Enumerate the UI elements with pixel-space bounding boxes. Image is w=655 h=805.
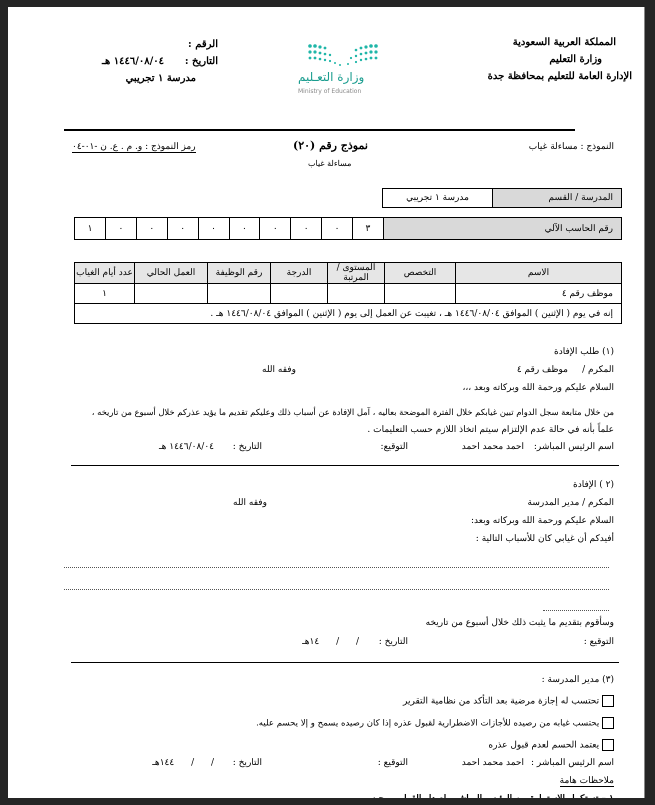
option-3-checkbox[interactable] xyxy=(602,739,614,751)
employee-name: موظف رقم ٤ xyxy=(456,284,622,304)
note-1: ١ – تستكمل الاستمارة من الرئيس المباشر و… xyxy=(371,794,614,798)
digit-cell: ١ xyxy=(75,218,106,240)
section2-greeting: السلام عليكم ورحمة الله وبركاته وبعد: xyxy=(471,516,614,526)
section2-title: (٢ ) الإفادة xyxy=(573,480,614,490)
digit-cell: ٠ xyxy=(229,218,260,240)
date-value: ١٤٤٦/٠٨/٠٤ هـ xyxy=(102,56,164,67)
section1-signature-label: التوقيع: xyxy=(381,442,408,452)
digit-cell: ٠ xyxy=(106,218,137,240)
ministry-label: وزارة التعليم xyxy=(549,54,602,65)
computer-number-table: رقم الحاسب الآلي ٣ ٠ ٠ ٠ ٠ ٠ ٠ ٠ ٠ ١ xyxy=(74,217,622,240)
section1-body2: علماً بأنه في حالة عدم الإلتزام سيتم اتخ… xyxy=(367,425,614,435)
section2-signature-label: التوقيع : xyxy=(584,637,614,647)
section1-date-value: ١٤٤٦/٠٨/٠٤ هـ xyxy=(159,442,214,452)
school-name: مدرسة ١ تجريبي xyxy=(126,73,196,84)
employee-current-work xyxy=(135,284,208,304)
section2-pledge: وسأقوم بتقديم ما يثبت ذلك خلال أسبوع من … xyxy=(426,618,614,628)
section3-title: (٣) مدير المدرسة : xyxy=(542,675,614,685)
section1-date-label: التاريخ : xyxy=(233,442,262,452)
reason-line-3[interactable] xyxy=(543,610,609,611)
digit-cell: ٠ xyxy=(291,218,322,240)
option-3-label: يعتمد الحسم لعدم قبول عذره xyxy=(488,741,599,751)
section1-manager-name: احمد محمد احمد xyxy=(462,442,524,452)
section3-manager-name: احمد محمد احمد xyxy=(462,758,524,768)
computer-number-label: رقم الحاسب الآلي xyxy=(383,218,621,240)
digit-cell: ٠ xyxy=(167,218,198,240)
header-level: المستوى / المرتبة xyxy=(328,263,385,284)
section1-to-label: المكرم / xyxy=(582,365,614,375)
header-job-number: رقم الوظيفة xyxy=(208,263,271,284)
option-3[interactable]: يعتمد الحسم لعدم قبول عذره xyxy=(488,739,614,751)
option-1-label: تحتسب له إجازة مرضية بعد التأكد من نظامي… xyxy=(403,697,599,707)
directorate-label: الإدارة العامة للتعليم بمحافظة جدة xyxy=(488,71,632,82)
section1-to-name: موظف رقم ٤ xyxy=(517,365,568,375)
section2-blessing: وفقه الله xyxy=(233,498,267,508)
section1-divider xyxy=(71,465,619,466)
option-2-label: يحتسب غيابه من رصيده للأجازات الاضطرارية… xyxy=(256,719,599,729)
ministry-logo: وزارة التعـليم Ministry of Education xyxy=(298,42,398,102)
school-table: المدرسة / القسم مدرسة ١ تجريبي xyxy=(382,188,622,208)
section3-signature-label: التوقيع : xyxy=(378,758,408,768)
section1-body1: من خلال متابعة سجل الدوام تبين غيابكم خل… xyxy=(92,407,614,417)
section2-date-label: التاريخ : xyxy=(379,637,408,647)
school-value: مدرسة ١ تجريبي xyxy=(383,189,493,208)
header-divider xyxy=(64,129,575,131)
form-subtitle: مساءلة غياب xyxy=(308,159,351,168)
header-absence-days: عدد أيام الغياب xyxy=(75,263,135,284)
notes-title: ملاحظات هامة xyxy=(560,776,614,787)
section2-to: المكرم / مدير المدرسة xyxy=(528,498,614,508)
digit-cell: ٠ xyxy=(322,218,353,240)
kingdom-label: المملكة العربية السعودية xyxy=(513,37,616,48)
absence-summary: إنه في يوم ( الإثنين ) الموافق ١٤٤٦/٠٨/٠… xyxy=(75,304,622,324)
number-label: الرقم : xyxy=(188,39,218,50)
employee-table: الاسم التخصص المستوى / المرتبة الدرجة رق… xyxy=(74,262,622,324)
form-label: النموذج : مساءلة غياب xyxy=(529,142,614,152)
reason-line-2[interactable] xyxy=(64,589,609,590)
reason-line-1[interactable] xyxy=(64,567,609,568)
school-label: المدرسة / القسم xyxy=(493,189,622,208)
employee-absence-days: ١ xyxy=(75,284,135,304)
document-page: المملكة العربية السعودية وزارة التعليم ا… xyxy=(8,7,645,798)
dots-logo-icon xyxy=(298,42,398,68)
form-code: رمز النموذج : و. م . ع. ن -٠١-٠٤ xyxy=(72,142,196,153)
section3-manager-label: اسم الرئيس المباشر : xyxy=(531,758,614,768)
logo-english-text: Ministry of Education xyxy=(298,88,361,95)
option-1-checkbox[interactable] xyxy=(602,695,614,707)
form-title: نموذج رقم (٢٠) xyxy=(293,139,368,152)
logo-arabic-text: وزارة التعـليم xyxy=(298,70,364,84)
employee-level xyxy=(328,284,385,304)
section3-date-value: / / ١٤٤هـ xyxy=(152,758,214,768)
section1-title: (١) طلب الإفادة xyxy=(554,347,614,357)
header-name: الاسم xyxy=(456,263,622,284)
section2-intro: أفيدكم أن غيابي كان للأسباب التالية : xyxy=(476,534,614,544)
option-1[interactable]: تحتسب له إجازة مرضية بعد التأكد من نظامي… xyxy=(403,695,614,707)
section2-date-value: / / ١٤هـ xyxy=(302,637,359,647)
section1-greeting: السلام عليكم ورحمة الله وبركاته وبعد ،،، xyxy=(462,383,614,393)
section3-date-label: التاريخ : xyxy=(233,758,262,768)
digit-cell: ٠ xyxy=(136,218,167,240)
digit-cell: ٠ xyxy=(260,218,291,240)
section2-divider xyxy=(71,662,619,663)
digit-cell: ٣ xyxy=(353,218,384,240)
header-specialty: التخصص xyxy=(385,263,456,284)
section1-manager-label: اسم الرئيس المباشر: xyxy=(534,442,614,452)
option-2[interactable]: يحتسب غيابه من رصيده للأجازات الاضطرارية… xyxy=(256,717,614,729)
section1-blessing: وفقه الله xyxy=(262,365,296,375)
digit-cell: ٠ xyxy=(198,218,229,240)
employee-specialty xyxy=(385,284,456,304)
header-current-work: العمل الحالي xyxy=(135,263,208,284)
date-label: التاريخ : xyxy=(185,56,218,67)
employee-grade xyxy=(271,284,328,304)
employee-job-number xyxy=(208,284,271,304)
option-2-checkbox[interactable] xyxy=(602,717,614,729)
header-grade: الدرجة xyxy=(271,263,328,284)
